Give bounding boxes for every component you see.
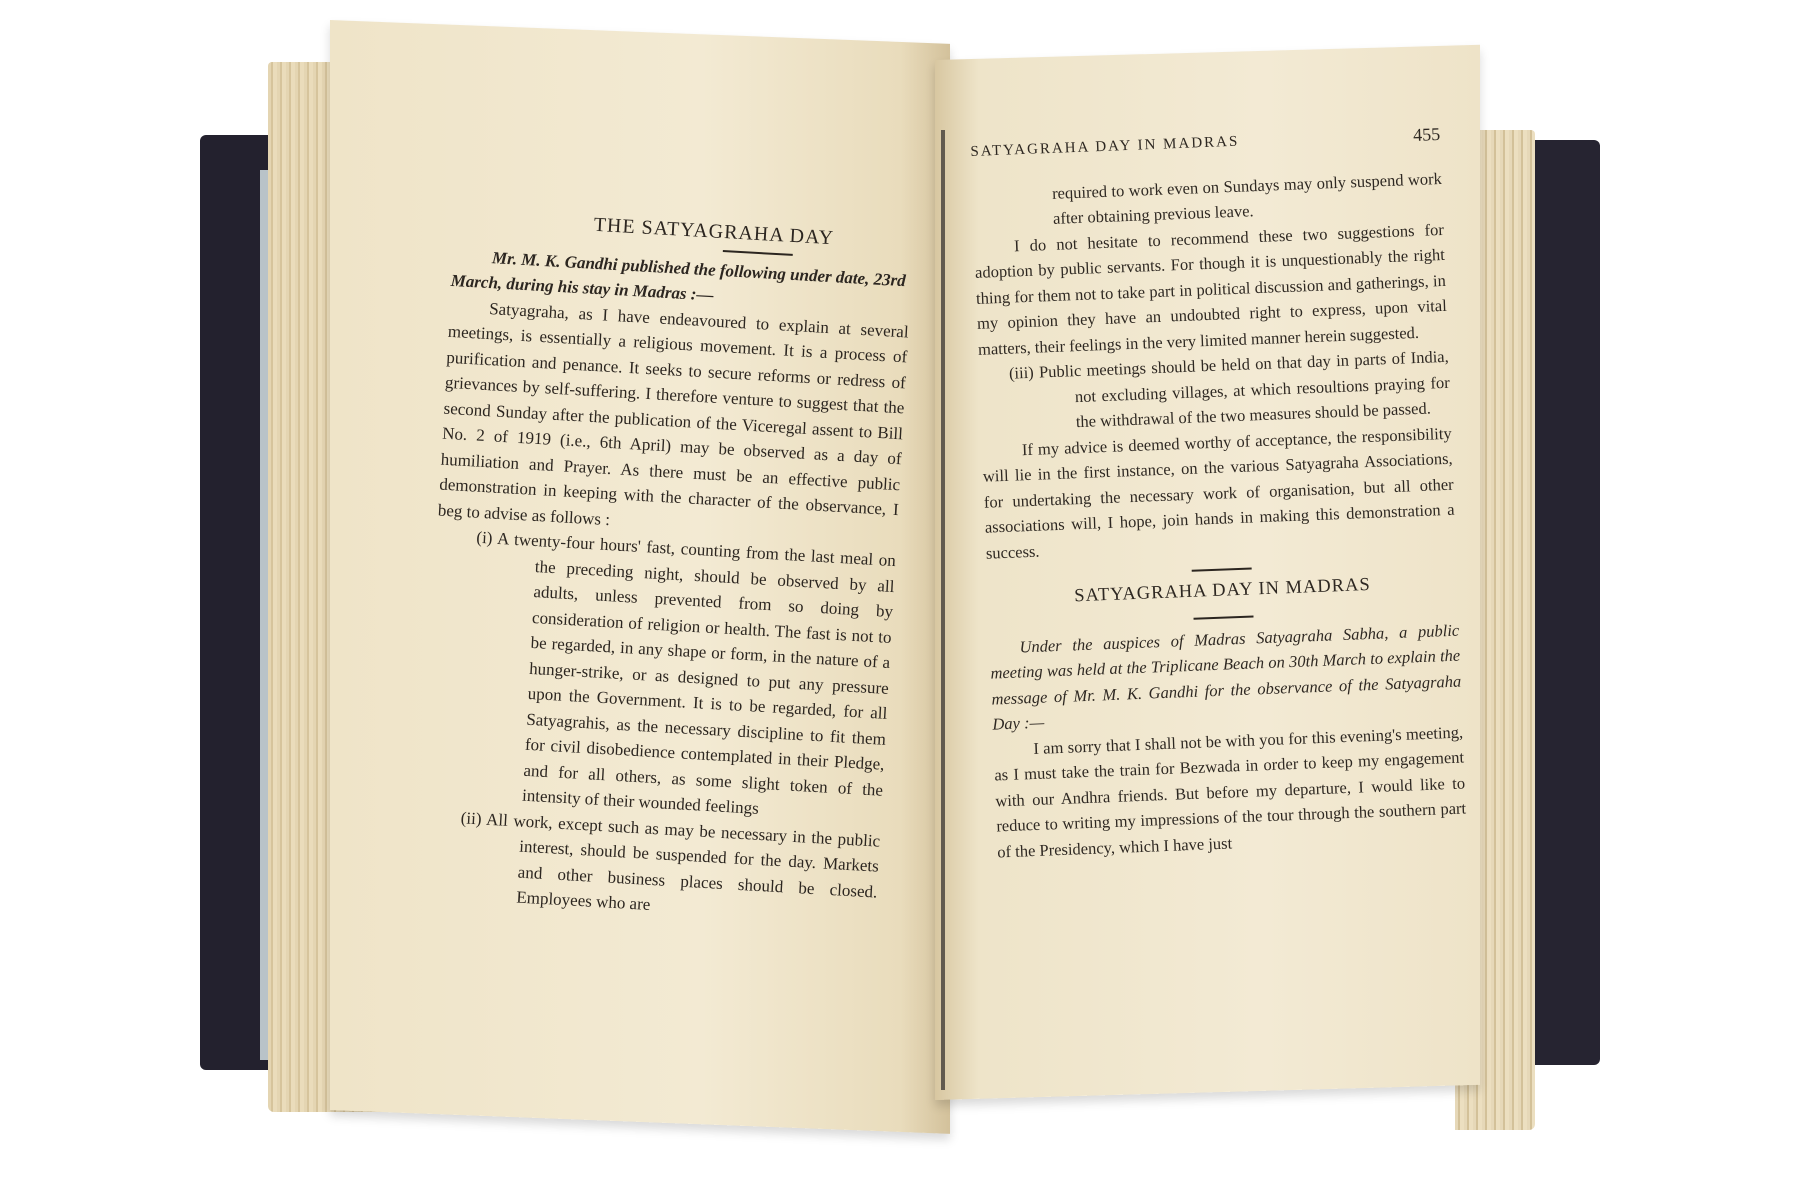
section-intro: Under the auspices of Madras Satyagraha … xyxy=(989,617,1463,737)
item-text: All work, except such as may be necessar… xyxy=(486,809,881,914)
section-rule-top xyxy=(1192,568,1252,572)
section-rule-bottom xyxy=(1193,615,1253,619)
item-marker: (iii) xyxy=(1009,363,1034,383)
item-marker: (ii) xyxy=(460,808,482,828)
body-paragraph: If my advice is deemed worthy of accepta… xyxy=(981,420,1456,565)
body-paragraph: I do not hesitate to recommend these two… xyxy=(974,216,1449,361)
book-gutter xyxy=(941,130,945,1090)
item-text: Public meetings should be held on that d… xyxy=(1039,347,1450,431)
body-paragraph: Satyagraha, as I have endeavoured to exp… xyxy=(437,293,909,548)
item-marker: (i) xyxy=(476,528,493,548)
title-rule xyxy=(723,250,793,256)
page-number: 455 xyxy=(1413,122,1441,149)
list-item: (i) A twenty-four hours' fast, counting … xyxy=(422,523,897,829)
item-text: A twenty-four hours' fast, counting from… xyxy=(497,529,897,818)
body-paragraph: I am sorry that I shall not be with you … xyxy=(993,719,1468,864)
section-title: SATYAGRAHA DAY IN MADRAS xyxy=(987,570,1458,614)
right-page-text: SATYAGRAHA DAY IN MADRAS 455 required to… xyxy=(970,122,1467,865)
left-page-text: THE SATYAGRAHA DAY Mr. M. K. Gandhi publ… xyxy=(416,205,914,930)
